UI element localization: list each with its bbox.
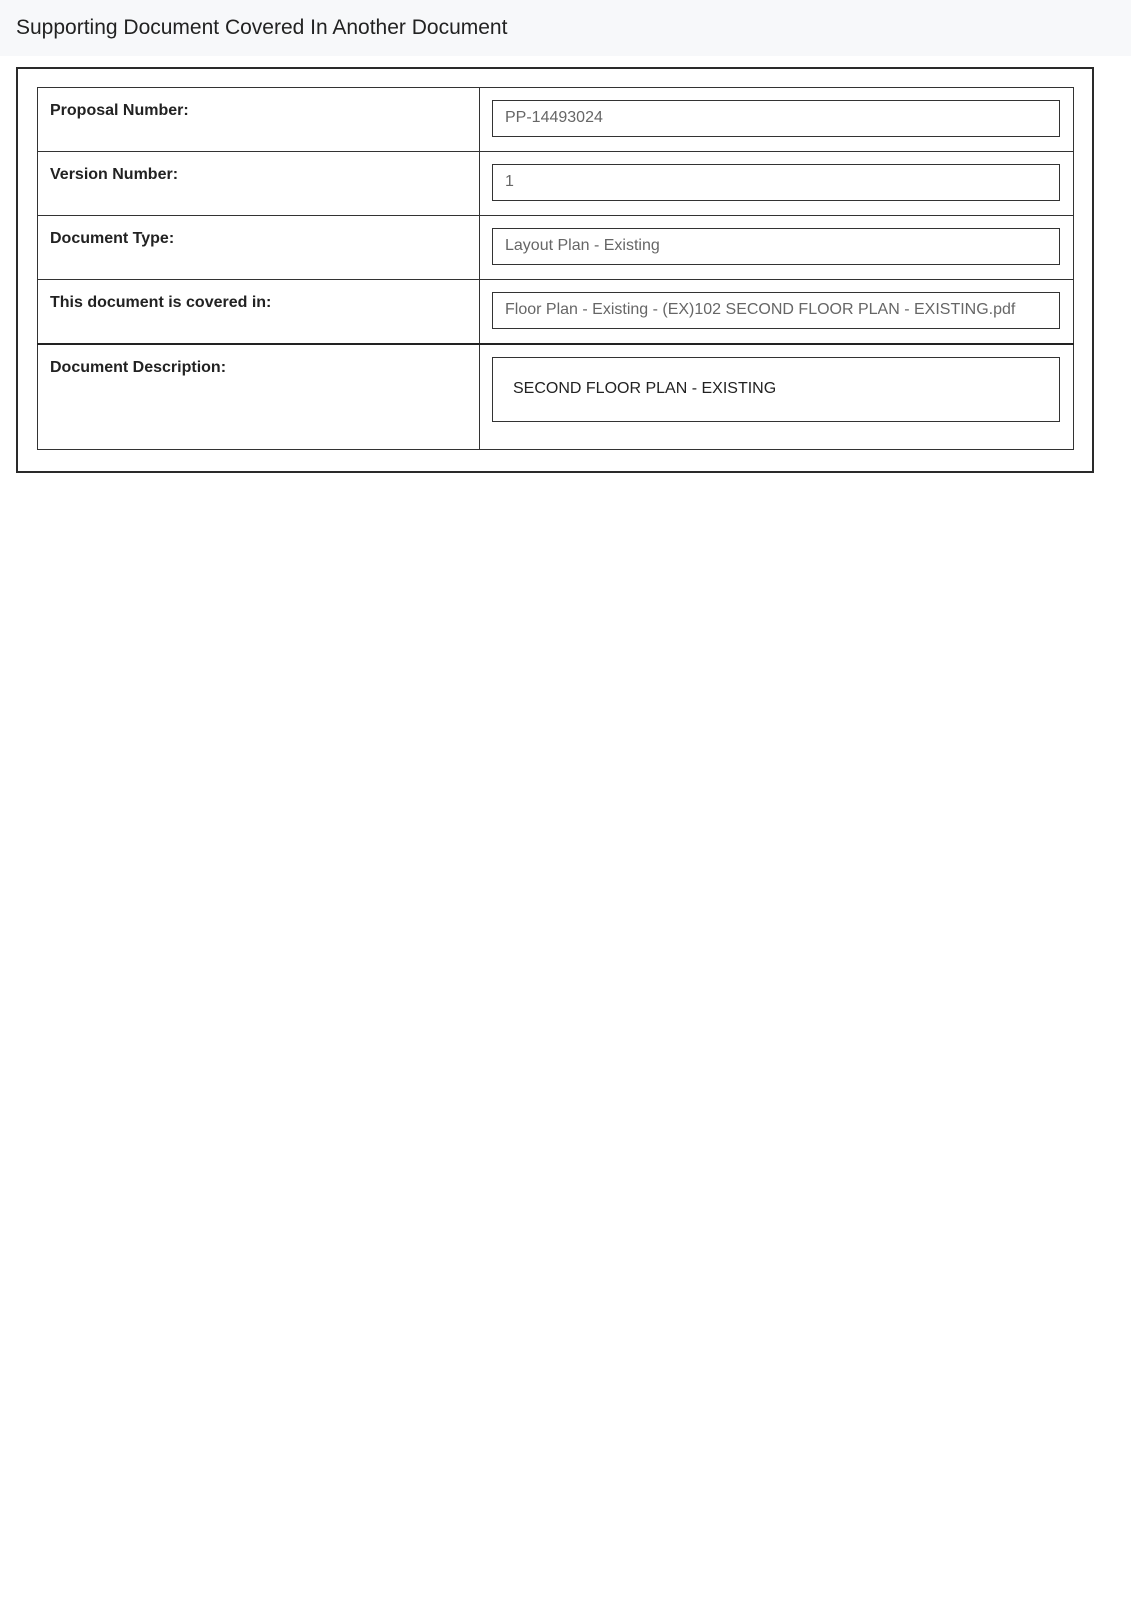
table-row-document-type: Document Type: Layout Plan - Existing (38, 216, 1074, 280)
page-header: Supporting Document Covered In Another D… (0, 0, 1131, 56)
table-row-proposal-number: Proposal Number: PP-14493024 (38, 88, 1074, 152)
covered-in-label: This document is covered in: (38, 280, 480, 344)
proposal-number-label: Proposal Number: (38, 88, 480, 152)
document-type-label: Document Type: (38, 216, 480, 280)
table-row-covered-in: This document is covered in: Floor Plan … (38, 280, 1074, 344)
document-details-table: Proposal Number: PP-14493024 Version Num… (37, 87, 1074, 450)
proposal-number-field[interactable]: PP-14493024 (492, 100, 1060, 137)
version-number-field[interactable]: 1 (492, 164, 1060, 201)
covered-in-field[interactable]: Floor Plan - Existing - (EX)102 SECOND F… (492, 292, 1060, 329)
document-description-textarea[interactable]: SECOND FLOOR PLAN - EXISTING (492, 357, 1060, 422)
document-type-field[interactable]: Layout Plan - Existing (492, 228, 1060, 265)
version-number-label: Version Number: (38, 152, 480, 216)
document-description-label: Document Description: (38, 344, 480, 450)
table-row-document-description: Document Description: SECOND FLOOR PLAN … (38, 344, 1074, 450)
table-row-version-number: Version Number: 1 (38, 152, 1074, 216)
page-title: Supporting Document Covered In Another D… (16, 15, 507, 41)
